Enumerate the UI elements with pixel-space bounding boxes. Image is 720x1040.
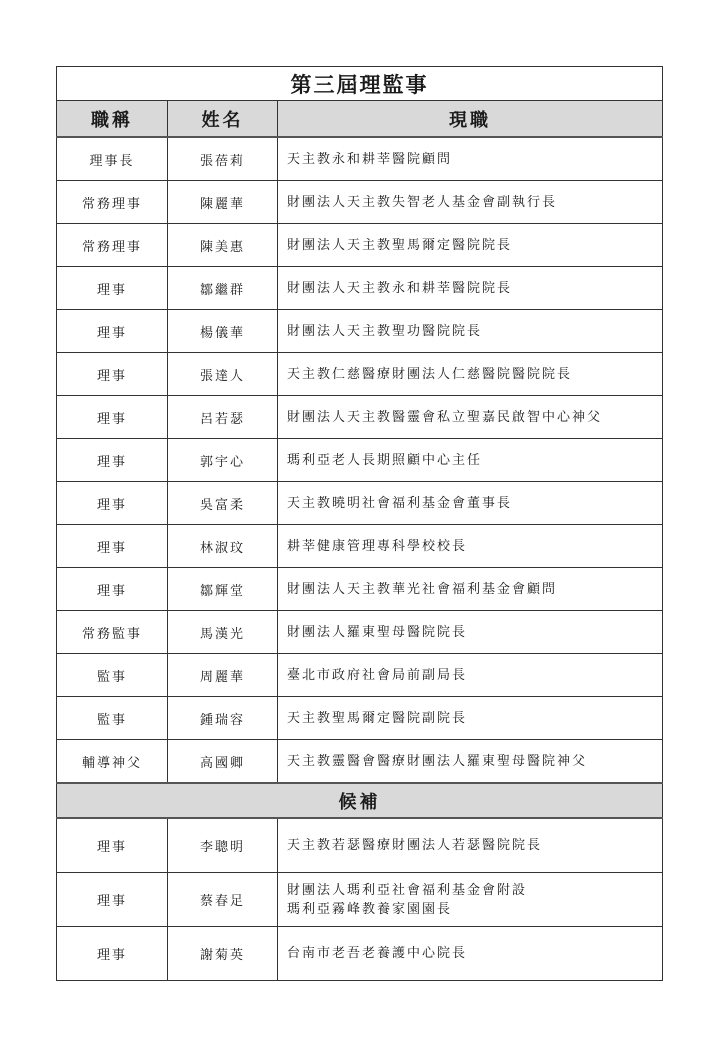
- job-cell: 台南市老吾老養護中心院長: [278, 927, 663, 981]
- name-cell: 謝菊英: [168, 927, 278, 981]
- table-title: 第三屆理監事: [57, 67, 663, 101]
- position-cell: 常務監事: [57, 611, 168, 654]
- table-row: 理事郭宇心瑪利亞老人長期照顧中心主任: [57, 439, 663, 482]
- header-position: 職稱: [57, 101, 168, 138]
- table-row: 常務監事馬漢光財團法人羅東聖母醫院院長: [57, 611, 663, 654]
- position-cell: 理事長: [57, 137, 168, 181]
- name-cell: 張蓓莉: [168, 137, 278, 181]
- position-cell: 監事: [57, 654, 168, 697]
- name-cell: 呂若瑟: [168, 396, 278, 439]
- job-cell: 臺北市政府社會局前副局長: [278, 654, 663, 697]
- table-row: 輔導神父高國卿天主教靈醫會醫療財團法人羅東聖母醫院神父: [57, 740, 663, 784]
- name-cell: 鄒輝堂: [168, 568, 278, 611]
- job-cell: 瑪利亞老人長期照顧中心主任: [278, 439, 663, 482]
- position-cell: 理事: [57, 525, 168, 568]
- job-cell: 天主教曉明社會福利基金會董事長: [278, 482, 663, 525]
- name-cell: 周麗華: [168, 654, 278, 697]
- table-row: 監事鍾瑞容天主教聖馬爾定醫院副院長: [57, 697, 663, 740]
- job-cell: 財團法人羅東聖母醫院院長: [278, 611, 663, 654]
- job-cell: 耕莘健康管理專科學校校長: [278, 525, 663, 568]
- position-cell: 理事: [57, 396, 168, 439]
- position-cell: 常務理事: [57, 224, 168, 267]
- name-cell: 林淑玟: [168, 525, 278, 568]
- name-cell: 鍾瑞容: [168, 697, 278, 740]
- job-line-1: 財團法人瑪利亞社會福利基金會附設: [287, 881, 662, 900]
- table-row: 常務理事陳美惠財團法人天主教聖馬爾定醫院院長: [57, 224, 663, 267]
- name-cell: 李聰明: [168, 818, 278, 873]
- position-cell: 理事: [57, 439, 168, 482]
- table-row: 理事呂若瑟財團法人天主教醫靈會私立聖嘉民啟智中心神父: [57, 396, 663, 439]
- job-line-1: 天主教若瑟醫療財團法人若瑟醫院院長: [287, 836, 662, 855]
- table-header-row: 職稱 姓名 現職: [57, 101, 663, 138]
- name-cell: 高國卿: [168, 740, 278, 784]
- table-row: 理事吳富柔天主教曉明社會福利基金會董事長: [57, 482, 663, 525]
- job-cell: 天主教永和耕莘醫院顧問: [278, 137, 663, 181]
- name-cell: 陳美惠: [168, 224, 278, 267]
- table-row: 理事鄒繼群財團法人天主教永和耕莘醫院院長: [57, 267, 663, 310]
- table-row: 理事鄒輝堂財團法人天主教華光社會福利基金會顧問: [57, 568, 663, 611]
- board-members-table: 第三屆理監事 職稱 姓名 現職 理事長張蓓莉天主教永和耕莘醫院顧問常務理事陳麗華…: [56, 66, 663, 981]
- table-row: 理事楊儀華財團法人天主教聖功醫院院長: [57, 310, 663, 353]
- name-cell: 鄒繼群: [168, 267, 278, 310]
- job-line-2: 瑪利亞霧峰教養家園園長: [287, 900, 662, 919]
- candidates-section-label: 候補: [57, 783, 663, 818]
- job-cell: 天主教仁慈醫療財團法人仁慈醫院醫院院長: [278, 353, 663, 396]
- candidates-section-row: 候補: [57, 783, 663, 818]
- position-cell: 理事: [57, 353, 168, 396]
- name-cell: 陳麗華: [168, 181, 278, 224]
- name-cell: 蔡春足: [168, 873, 278, 927]
- name-cell: 郭宇心: [168, 439, 278, 482]
- position-cell: 理事: [57, 310, 168, 353]
- position-cell: 理事: [57, 267, 168, 310]
- table-row: 監事周麗華臺北市政府社會局前副局長: [57, 654, 663, 697]
- job-line-1: 台南市老吾老養護中心院長: [287, 944, 662, 963]
- job-cell: 財團法人瑪利亞社會福利基金會附設瑪利亞霧峰教養家園園長: [278, 873, 663, 927]
- job-cell: 財團法人天主教失智老人基金會副執行長: [278, 181, 663, 224]
- job-cell: 財團法人天主教聖功醫院院長: [278, 310, 663, 353]
- table-row: 常務理事陳麗華財團法人天主教失智老人基金會副執行長: [57, 181, 663, 224]
- position-cell: 理事: [57, 927, 168, 981]
- candidate-row: 理事蔡春足財團法人瑪利亞社會福利基金會附設瑪利亞霧峰教養家園園長: [57, 873, 663, 927]
- table-row: 理事張達人天主教仁慈醫療財團法人仁慈醫院醫院院長: [57, 353, 663, 396]
- name-cell: 吳富柔: [168, 482, 278, 525]
- name-cell: 張達人: [168, 353, 278, 396]
- job-cell: 天主教聖馬爾定醫院副院長: [278, 697, 663, 740]
- position-cell: 輔導神父: [57, 740, 168, 784]
- table-title-row: 第三屆理監事: [57, 67, 663, 101]
- table-row: 理事林淑玟耕莘健康管理專科學校校長: [57, 525, 663, 568]
- candidate-row: 理事謝菊英台南市老吾老養護中心院長: [57, 927, 663, 981]
- name-cell: 馬漢光: [168, 611, 278, 654]
- position-cell: 理事: [57, 568, 168, 611]
- header-name: 姓名: [168, 101, 278, 138]
- job-cell: 財團法人天主教華光社會福利基金會顧問: [278, 568, 663, 611]
- job-cell: 財團法人天主教聖馬爾定醫院院長: [278, 224, 663, 267]
- candidate-row: 理事李聰明天主教若瑟醫療財團法人若瑟醫院院長: [57, 818, 663, 873]
- position-cell: 理事: [57, 818, 168, 873]
- table-row: 理事長張蓓莉天主教永和耕莘醫院顧問: [57, 137, 663, 181]
- job-cell: 天主教若瑟醫療財團法人若瑟醫院院長: [278, 818, 663, 873]
- position-cell: 常務理事: [57, 181, 168, 224]
- name-cell: 楊儀華: [168, 310, 278, 353]
- header-current-job: 現職: [278, 101, 663, 138]
- position-cell: 監事: [57, 697, 168, 740]
- job-cell: 天主教靈醫會醫療財團法人羅東聖母醫院神父: [278, 740, 663, 784]
- job-cell: 財團法人天主教永和耕莘醫院院長: [278, 267, 663, 310]
- position-cell: 理事: [57, 873, 168, 927]
- job-cell: 財團法人天主教醫靈會私立聖嘉民啟智中心神父: [278, 396, 663, 439]
- position-cell: 理事: [57, 482, 168, 525]
